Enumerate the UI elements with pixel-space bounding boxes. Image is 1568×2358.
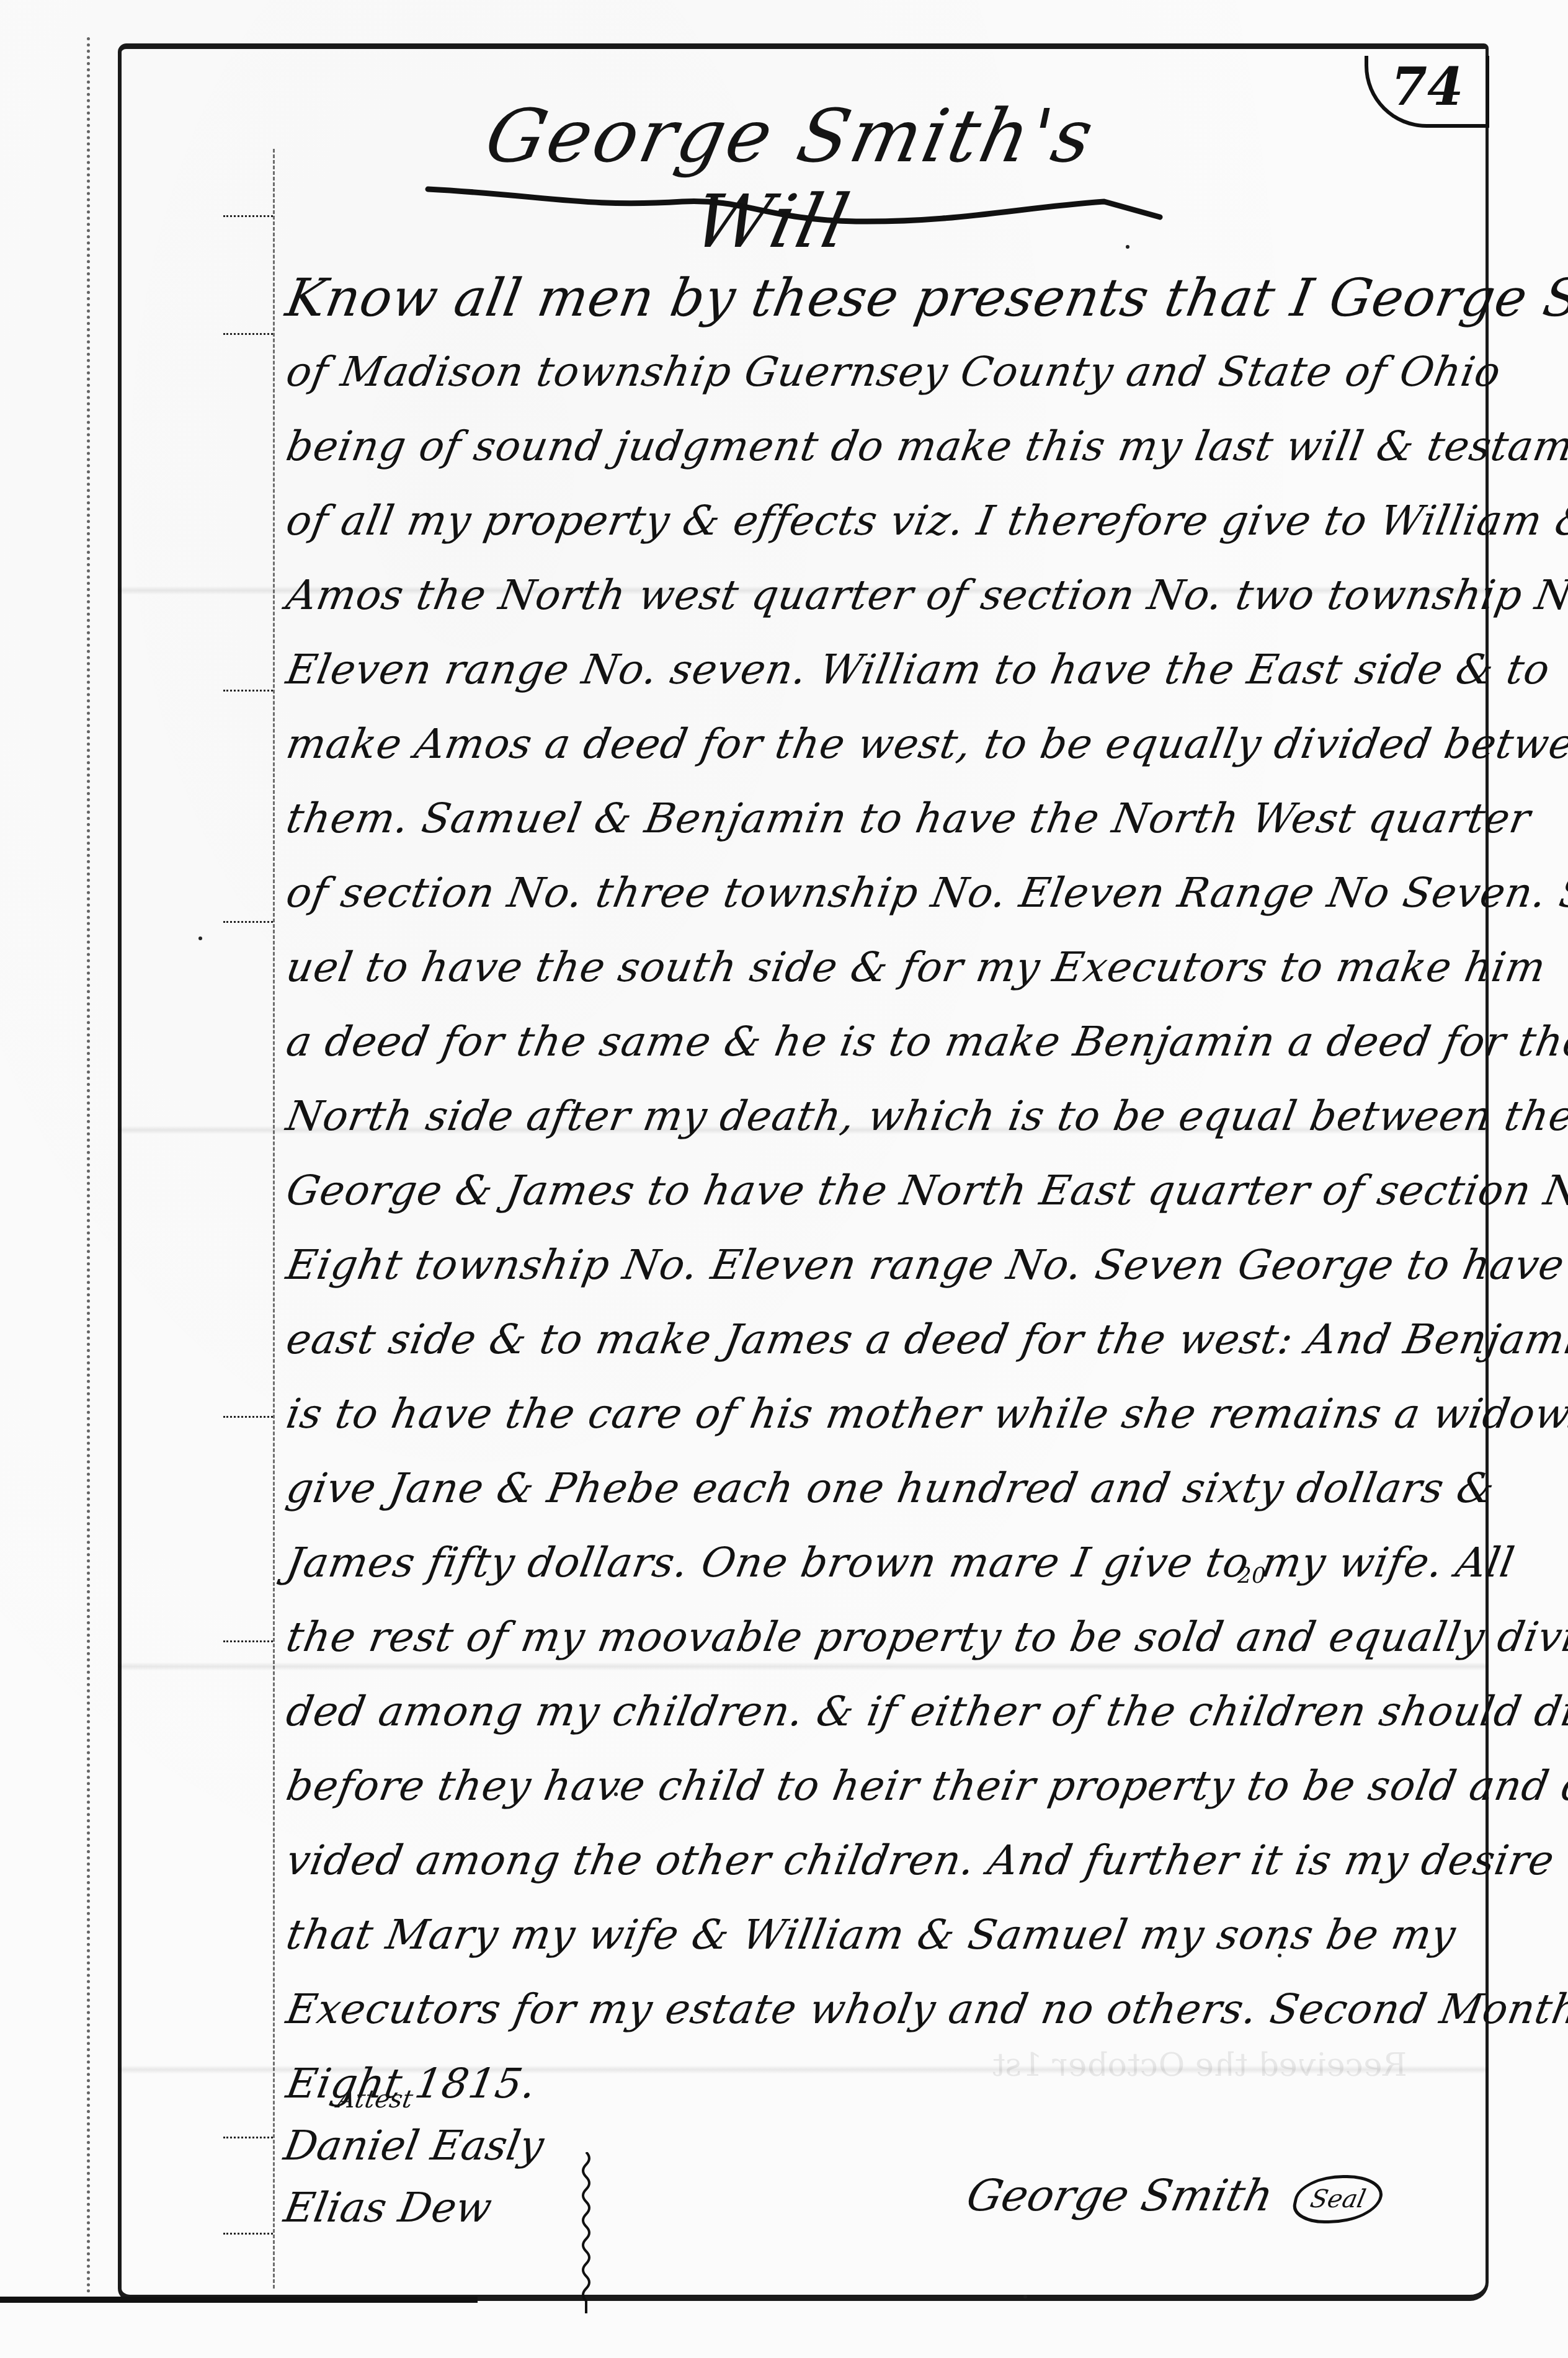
- margin-tick-mark: [223, 1640, 273, 1642]
- witness-brace-icon: [577, 2152, 595, 2313]
- margin-tick-mark: [223, 690, 273, 692]
- ink-speck: [1278, 1954, 1281, 1957]
- ink-speck: [1023, 2295, 1027, 2298]
- ink-speck: [198, 937, 202, 940]
- body-line: North side after my death, which is to b…: [280, 1079, 1466, 1154]
- title-underline-flourish-icon: [422, 183, 1166, 226]
- body-line: Know all men by these presents that I Ge…: [280, 260, 1466, 335]
- body-line: Eight township No. Eleven range No. Seve…: [280, 1228, 1466, 1302]
- margin-tick-mark: [223, 1416, 273, 1418]
- body-line: that Mary my wife & William & Samuel my …: [280, 1898, 1466, 1972]
- margin-tick-mark: [223, 921, 273, 923]
- seal-mark: Seal: [1289, 2175, 1387, 2223]
- body-line: Executors for my estate wholy and no oth…: [280, 1972, 1466, 2047]
- body-line: Amos the North west quarter of section N…: [280, 558, 1466, 633]
- document-title: George Smith's Will: [379, 93, 1185, 264]
- ink-speck: [614, 1792, 618, 1796]
- will-body-text: Know all men by these presents that I Ge…: [280, 260, 1453, 2121]
- left-margin-rule: [273, 149, 275, 2289]
- body-line: James fifty dollars. One brown mare I gi…: [280, 1526, 1466, 1600]
- interlineation-mark: 20: [1237, 1563, 1266, 1588]
- margin-tick-mark: [223, 2137, 273, 2138]
- body-line: give Jane & Phebe each one hundred and s…: [280, 1451, 1466, 1526]
- body-line: of Madison township Guernsey County and …: [280, 335, 1466, 409]
- sheet-left-edge-shadow: [87, 37, 101, 2295]
- body-line: of section No. three township No. Eleven…: [280, 856, 1466, 930]
- body-line: George & James to have the North East qu…: [280, 1154, 1466, 1228]
- body-line: is to have the care of his mother while …: [280, 1377, 1466, 1451]
- body-line: ded among my children. & if either of th…: [280, 1675, 1466, 1749]
- ink-speck: [1126, 245, 1129, 249]
- witness-signature: Elias Dew: [279, 2177, 662, 2239]
- bottom-rule-line: [0, 2297, 478, 2303]
- margin-tick-mark: [223, 2233, 273, 2235]
- attestation-block: Attest Daniel Easly Elias Dew: [279, 2084, 651, 2239]
- body-line: uel to have the south side & for my Exec…: [280, 930, 1466, 1005]
- body-line: before they have child to heir their pro…: [280, 1749, 1466, 1823]
- attest-label: Attest: [279, 2084, 657, 2115]
- body-line: being of sound judgment do make this my …: [280, 409, 1466, 484]
- body-line: Eleven range No. seven. William to have …: [280, 633, 1466, 707]
- testator-signature: George Smith Seal: [961, 2164, 1389, 2227]
- margin-tick-mark: [223, 333, 273, 335]
- body-line: make Amos a deed for the west, to be equ…: [280, 707, 1466, 781]
- margin-tick-mark: [223, 215, 273, 217]
- body-line: them. Samuel & Benjamin to have the Nort…: [280, 781, 1466, 856]
- bleed-through-text: Received the October 1st: [989, 2047, 1410, 2084]
- body-line: east side & to make James a deed for the…: [280, 1302, 1466, 1377]
- body-line: vided among the other children. And furt…: [280, 1823, 1466, 1898]
- body-line: a deed for the same & he is to make Benj…: [280, 1005, 1466, 1079]
- body-line: the rest of my moovable property to be s…: [280, 1600, 1466, 1675]
- body-line: of all my property & effects viz. I ther…: [280, 484, 1466, 558]
- witness-signature: Daniel Easly: [279, 2115, 662, 2177]
- testator-name: George Smith: [962, 2170, 1278, 2221]
